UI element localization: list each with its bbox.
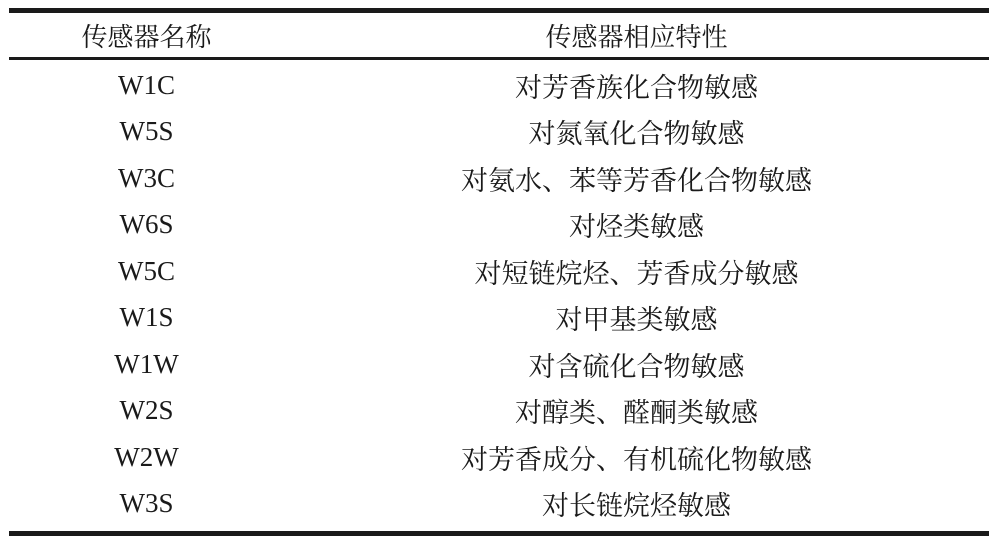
table-row: W3C 对氨水、苯等芳香化合物敏感 [9,155,989,202]
sensor-property: 对芳香成分、有机硫化物敏感 [284,438,989,477]
table-body: W1C 对芳香族化合物敏感 W5S 对氮氧化合物敏感 W3C 对氨水、苯等芳香化… [9,60,989,531]
table-bottom-rule [9,531,989,536]
sensor-name: W1W [9,349,284,380]
sensor-name: W1C [9,70,284,101]
header-sensor-name: 传感器名称 [9,17,284,54]
table-row: W6S 对烃类敏感 [9,202,989,249]
sensor-name: W2W [9,442,284,473]
sensor-name: W3S [9,488,284,519]
sensor-name: W2S [9,395,284,426]
sensor-name: W5S [9,116,284,147]
sensor-name: W6S [9,209,284,240]
table-row: W2S 对醇类、醛酮类敏感 [9,388,989,435]
sensor-property: 对氨水、苯等芳香化合物敏感 [284,159,989,198]
sensor-property: 对含硫化合物敏感 [284,345,989,384]
sensor-property: 对醇类、醛酮类敏感 [284,391,989,430]
table-row: W5C 对短链烷烃、芳香成分敏感 [9,248,989,295]
sensor-name: W5C [9,256,284,287]
sensor-property: 对长链烷烃敏感 [284,484,989,523]
sensor-property: 对短链烷烃、芳香成分敏感 [284,252,989,291]
sensor-property: 对氮氧化合物敏感 [284,112,989,151]
table-row: W3S 对长链烷烃敏感 [9,481,989,528]
table-row: W2W 对芳香成分、有机硫化物敏感 [9,434,989,481]
table-row: W5S 对氮氧化合物敏感 [9,109,989,156]
sensor-table: 传感器名称 传感器相应特性 W1C 对芳香族化合物敏感 W5S 对氮氧化合物敏感… [9,8,989,536]
header-sensor-property: 传感器相应特性 [284,17,989,54]
sensor-property: 对烃类敏感 [284,205,989,244]
sensor-property: 对甲基类敏感 [284,298,989,337]
sensor-name: W1S [9,302,284,333]
table-row: W1C 对芳香族化合物敏感 [9,62,989,109]
sensor-name: W3C [9,163,284,194]
table-row: W1W 对含硫化合物敏感 [9,341,989,388]
table-row: W1S 对甲基类敏感 [9,295,989,342]
table-header-row: 传感器名称 传感器相应特性 [9,13,989,57]
sensor-property: 对芳香族化合物敏感 [284,66,989,105]
